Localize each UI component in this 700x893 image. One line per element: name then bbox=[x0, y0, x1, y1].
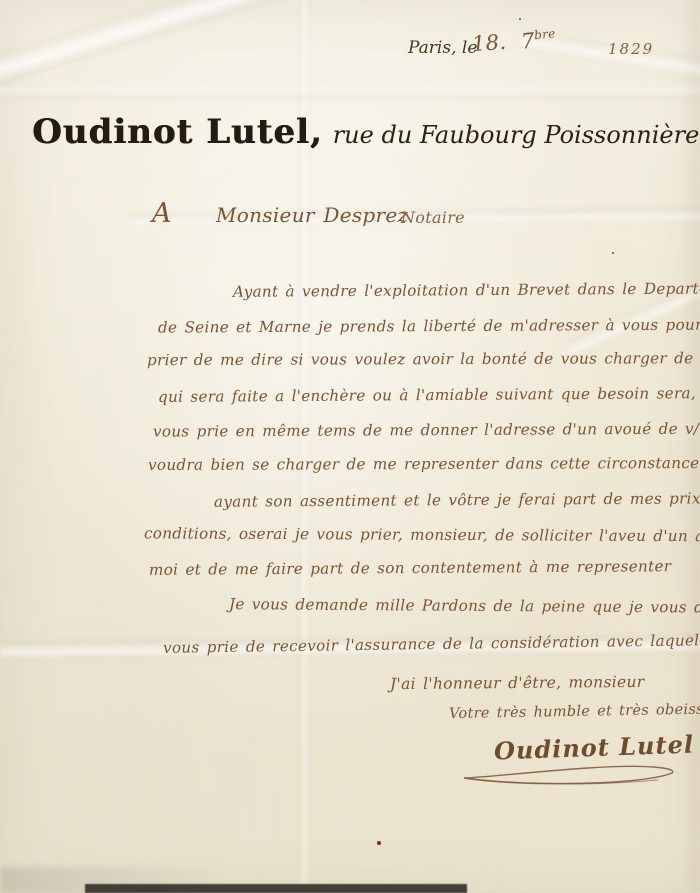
dateline-handwritten-month: 7bre bbox=[520, 26, 557, 54]
salutation-recipient: Monsieur Desprez bbox=[216, 203, 408, 227]
letter-line: moi et de me faire part de son contentem… bbox=[149, 557, 671, 579]
dateline-handwritten-day: 18. bbox=[471, 30, 507, 56]
ink-speck bbox=[377, 841, 381, 845]
letter-line: conditions, oserai je vous prier, monsie… bbox=[144, 524, 700, 545]
closing-line: J'ai l'honneur d'être, monsieur bbox=[390, 673, 645, 693]
letterhead-street: rue du Faubourg Poissonnière, bbox=[333, 121, 700, 149]
signature-flourish bbox=[458, 758, 684, 792]
letter-line: de Seine et Marne je prends la liberté d… bbox=[158, 315, 700, 336]
letter-line: Je vous demande mille Pardons de la pein… bbox=[229, 595, 700, 617]
letterhead: Oudinot Lutel, rue du Faubourg Poissonni… bbox=[32, 112, 700, 152]
scan-artifact-bar bbox=[85, 884, 467, 893]
salutation-title: Notaire bbox=[401, 208, 465, 227]
letter-line: prier de me dire si vous voulez avoir la… bbox=[147, 349, 700, 369]
letter-line: qui sera faite a l'enchère ou à l'amiabl… bbox=[158, 384, 700, 406]
ink-speck bbox=[612, 252, 614, 254]
letter-line: voudra bien se charger de me representer… bbox=[148, 454, 700, 474]
letter-line: Ayant à vendre l'exploitation d'un Breve… bbox=[233, 279, 700, 301]
ink-speck bbox=[519, 18, 521, 20]
letter-sheet: Paris, le 18. 7bre 1829 Oudinot Lutel, r… bbox=[0, 0, 700, 893]
letter-line: ayant son assentiment et le vôtre je fer… bbox=[214, 489, 700, 511]
dateline-printed-place: Paris, le bbox=[408, 38, 477, 58]
closing-line: Votre très humble et très obeissant serv… bbox=[449, 700, 700, 722]
month-suffix: bre bbox=[533, 26, 556, 42]
paper-crease-top-left bbox=[0, 0, 355, 99]
paper-crease-horizontal-upper bbox=[0, 88, 700, 100]
paper-crease-right-middle bbox=[565, 260, 700, 360]
letterhead-name: Oudinot Lutel, bbox=[32, 112, 323, 152]
dateline-year: 1829 bbox=[608, 40, 654, 58]
salutation-prefix: A bbox=[152, 198, 172, 229]
letter-line: vous prie de recevoir l'assurance de la … bbox=[163, 631, 700, 657]
letter-line: vous prie en même tems de me donner l'ad… bbox=[153, 419, 700, 440]
